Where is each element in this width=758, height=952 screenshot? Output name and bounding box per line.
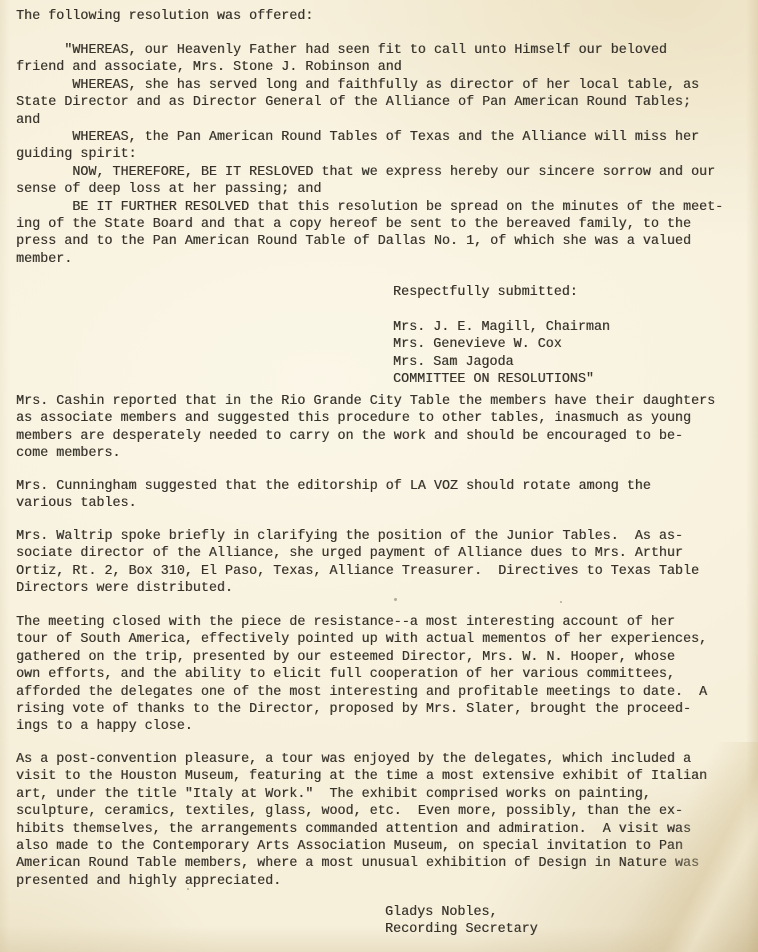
text-line: COMMITTEE ON RESOLUTIONS" [393,371,610,388]
text-line: Ortiz, Rt. 2, Box 310, El Paso, Texas, A… [16,563,699,580]
resolution-text: "WHEREAS, our Heavenly Father had seen f… [16,42,723,268]
text-line: member. [16,251,723,268]
text-line: gathered on the trip, presented by our e… [16,649,707,666]
text-line: The meeting closed with the piece de res… [16,614,707,631]
text-line: sculpture, ceramics, textiles, glass, wo… [16,803,707,820]
text-line [393,301,610,318]
text-line: sense of deep loss at her passing; and [16,181,723,198]
text-line: members are desperately needed to carry … [16,428,715,445]
text-line: WHEREAS, the Pan American Round Tables o… [16,129,723,146]
text-line: rising vote of thanks to the Director, p… [16,701,707,718]
text-line: "WHEREAS, our Heavenly Father had seen f… [16,42,723,59]
text-line: visit to the Houston Museum, featuring a… [16,768,707,785]
text-line: own efforts, and the ability to elicit f… [16,666,707,683]
ink-speck [187,888,189,890]
text-line: American Round Table members, where a mo… [16,855,707,872]
text-line: As a post-convention pleasure, a tour wa… [16,751,707,768]
text-line: WHEREAS, she has served long and faithfu… [16,77,723,94]
text-line: various tables. [16,495,651,512]
paragraph-waltrip-remarks: Mrs. Waltrip spoke briefly in clarifying… [16,528,699,598]
text-line: Respectfully submitted: [393,284,610,301]
text-line: presented and highly appreciated. [16,873,707,890]
text-line: NOW, THEREFORE, BE IT RESLOVED that we e… [16,164,723,181]
intro-line: The following resolution was offered: [16,8,313,25]
paragraph-meeting-close: The meeting closed with the piece de res… [16,614,707,736]
text-line: Gladys Nobles, [385,904,538,921]
text-line: Mrs. Cashin reported that in the Rio Gra… [16,393,715,410]
text-line: State Director and as Director General o… [16,94,723,111]
text-line: Mrs. Waltrip spoke briefly in clarifying… [16,528,699,545]
paragraph-cashin-report: Mrs. Cashin reported that in the Rio Gra… [16,393,715,463]
text-line: ings to a happy close. [16,718,707,735]
paragraph-post-convention-tour: As a post-convention pleasure, a tour wa… [16,751,707,890]
recording-secretary-signature: Gladys Nobles,Recording Secretary [385,904,538,939]
text-line: Recording Secretary [385,921,538,938]
text-line: Directors were distributed. [16,580,699,597]
text-line: come members. [16,445,715,462]
text-line: Mrs. Cunningham suggested that the edito… [16,478,651,495]
text-line: as associate members and suggested this … [16,410,715,427]
text-line: also made to the Contemporary Arts Assoc… [16,838,707,855]
text-line: Mrs. Genevieve W. Cox [393,336,610,353]
text-line: and [16,112,723,129]
text-line: hibits themselves, the arrangements comm… [16,821,707,838]
text-line: Mrs. Sam Jagoda [393,354,610,371]
scanned-typewritten-page: The following resolution was offered: "W… [0,0,758,952]
paragraph-cunningham-suggestion: Mrs. Cunningham suggested that the edito… [16,478,651,513]
text-line: tour of South America, effectively point… [16,631,707,648]
text-line: BE IT FURTHER RESOLVED that this resolut… [16,199,723,216]
text-line: sociate director of the Alliance, she ur… [16,545,699,562]
text-line: Mrs. J. E. Magill, Chairman [393,319,610,336]
text-line: art, under the title "Italy at Work." Th… [16,786,707,803]
text-line: afforded the delegates one of the most i… [16,684,707,701]
text-line: ing of the State Board and that a copy h… [16,216,723,233]
committee-signature-block: Respectfully submitted: Mrs. J. E. Magil… [393,284,610,388]
ink-speck [560,601,562,603]
ink-speck [394,598,397,601]
text-line: The following resolution was offered: [16,8,313,25]
text-line: guiding spirit: [16,146,723,163]
text-line: friend and associate, Mrs. Stone J. Robi… [16,59,723,76]
text-line: press and to the Pan American Round Tabl… [16,233,723,250]
